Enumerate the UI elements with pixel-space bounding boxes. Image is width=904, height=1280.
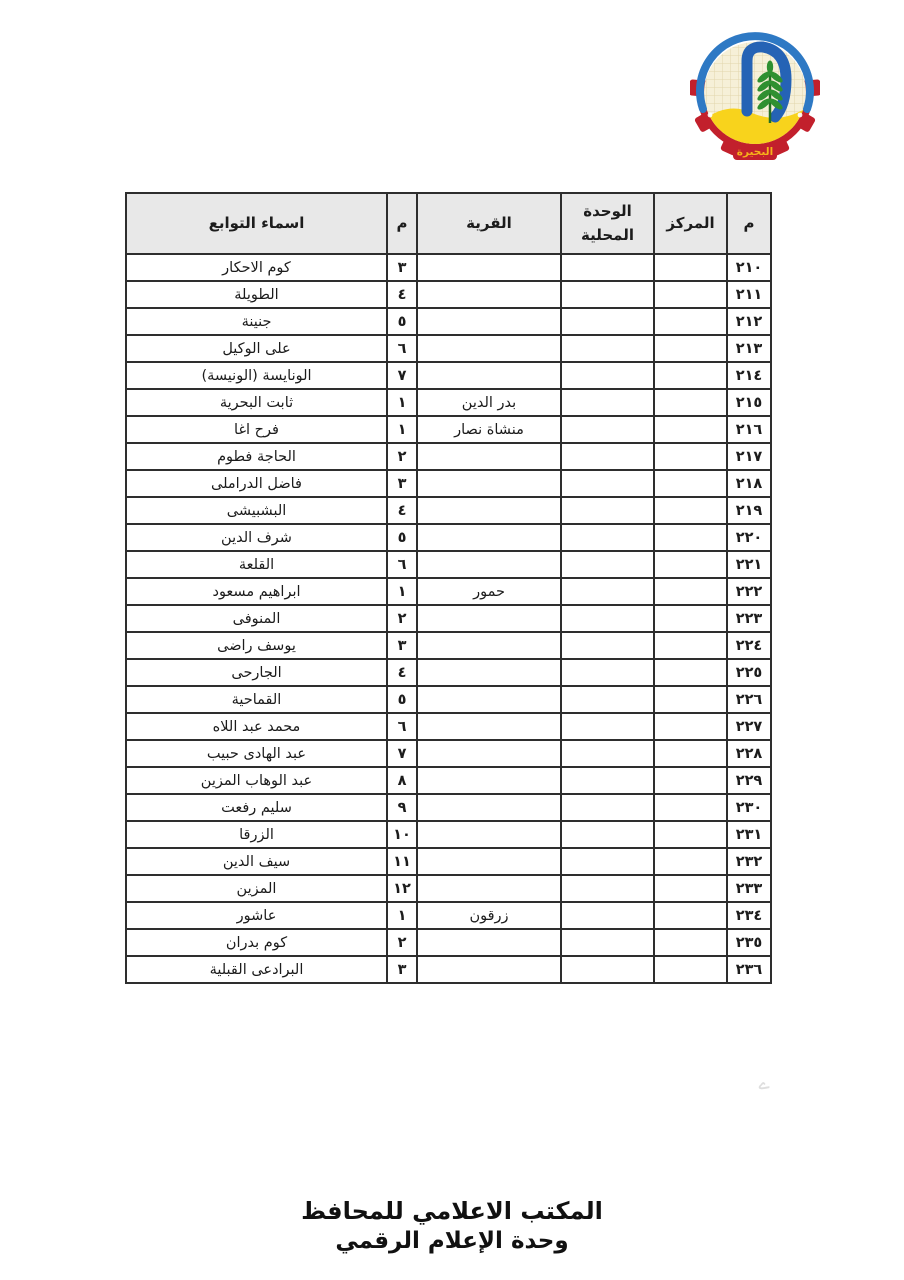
cell-sub: ٨ (387, 767, 417, 794)
cell-sub: ١ (387, 578, 417, 605)
cell-serial: ٢١٢ (727, 308, 771, 335)
cell-serial: ٢٢١ (727, 551, 771, 578)
table-row: ٢٢٣٢المنوفى (126, 605, 771, 632)
cell-name: الطويلة (126, 281, 387, 308)
cell-wahda (561, 632, 654, 659)
cell-sub: ١ (387, 416, 417, 443)
cell-markaz (654, 794, 727, 821)
cell-sub: ٤ (387, 281, 417, 308)
cell-qarya (417, 794, 561, 821)
cell-wahda (561, 740, 654, 767)
cell-serial: ٢١٩ (727, 497, 771, 524)
cell-qarya (417, 767, 561, 794)
cell-qarya (417, 632, 561, 659)
cell-wahda (561, 335, 654, 362)
cell-serial: ٢٢٠ (727, 524, 771, 551)
beheira-governorate-logo-icon: البحيرة (690, 31, 820, 165)
cell-wahda (561, 875, 654, 902)
cell-name: عبد الهادى حبيب (126, 740, 387, 767)
cell-sub: ٣ (387, 470, 417, 497)
cell-sub: ٦ (387, 551, 417, 578)
cell-qarya (417, 956, 561, 983)
cell-sub: ٤ (387, 497, 417, 524)
cell-sub: ٧ (387, 362, 417, 389)
cell-markaz (654, 605, 727, 632)
cell-serial: ٢١٥ (727, 389, 771, 416)
table-row: ٢٣٦٣البرادعى القبلية (126, 956, 771, 983)
cell-name: فرح اغا (126, 416, 387, 443)
cell-markaz (654, 254, 727, 281)
cell-qarya (417, 740, 561, 767)
header-qarya: القرية (417, 193, 561, 254)
cell-wahda (561, 794, 654, 821)
cell-name: ابراهيم مسعود (126, 578, 387, 605)
footer-line-2: وحدة الإعلام الرقمي (0, 1227, 904, 1257)
cell-sub: ٦ (387, 713, 417, 740)
cell-markaz (654, 551, 727, 578)
cell-qarya (417, 821, 561, 848)
cell-sub: ١٠ (387, 821, 417, 848)
cell-markaz (654, 902, 727, 929)
footer-line-1: المكتب الاعلامي للمحافظ (0, 1196, 904, 1227)
cell-serial: ٢٢٦ (727, 686, 771, 713)
cell-serial: ٢٣٢ (727, 848, 771, 875)
cell-name: الحاجة فطوم (126, 443, 387, 470)
cell-wahda (561, 578, 654, 605)
table-row: ٢١٧٢الحاجة فطوم (126, 443, 771, 470)
cell-name: يوسف راضى (126, 632, 387, 659)
cell-serial: ٢١٧ (727, 443, 771, 470)
cell-markaz (654, 362, 727, 389)
cell-markaz (654, 443, 727, 470)
header-sub: م (387, 193, 417, 254)
cell-wahda (561, 497, 654, 524)
cell-sub: ١١ (387, 848, 417, 875)
cell-sub: ٣ (387, 254, 417, 281)
villages-table: م المركز الوحدة المحلية القرية م اسماء ا… (125, 192, 772, 984)
cell-serial: ٢٣٤ (727, 902, 771, 929)
cell-qarya (417, 551, 561, 578)
cell-sub: ٥ (387, 308, 417, 335)
cell-name: سيف الدين (126, 848, 387, 875)
table-row: ٢١٠٣كوم الاحكار (126, 254, 771, 281)
cell-name: البرادعى القبلية (126, 956, 387, 983)
table-row: ٢١٨٣فاضل الدراملى (126, 470, 771, 497)
cell-sub: ١ (387, 389, 417, 416)
cell-sub: ٥ (387, 524, 417, 551)
cell-markaz (654, 713, 727, 740)
cell-wahda (561, 443, 654, 470)
cell-name: عبد الوهاب المزين (126, 767, 387, 794)
cell-wahda (561, 659, 654, 686)
cell-markaz (654, 875, 727, 902)
document-page: البحيرة م المركز الوحدة المحلية القرية م… (0, 0, 904, 1280)
table-row: ٢٣٣١٢المزين (126, 875, 771, 902)
cell-qarya (417, 362, 561, 389)
cell-qarya: حمور (417, 578, 561, 605)
table-row: ٢٢٤٣يوسف راضى (126, 632, 771, 659)
cell-qarya (417, 659, 561, 686)
table-row: ٢٢٧٦محمد عبد اللاه (126, 713, 771, 740)
table-row: ٢٣٢١١سيف الدين (126, 848, 771, 875)
table-row: ٢٢١٦القلعة (126, 551, 771, 578)
table-row: ٢١٤٧الونايسة (الونيسة) (126, 362, 771, 389)
footer: المكتب الاعلامي للمحافظ وحدة الإعلام الر… (0, 1196, 904, 1257)
cell-wahda (561, 389, 654, 416)
cell-markaz (654, 848, 727, 875)
cell-serial: ٢٢٩ (727, 767, 771, 794)
cell-qarya (417, 281, 561, 308)
cell-serial: ٢١٦ (727, 416, 771, 443)
cell-markaz (654, 470, 727, 497)
cell-wahda (561, 605, 654, 632)
cell-sub: ٢ (387, 605, 417, 632)
cell-wahda (561, 956, 654, 983)
cell-name: الجارحى (126, 659, 387, 686)
table-row: ٢٢٩٨عبد الوهاب المزين (126, 767, 771, 794)
cell-sub: ١ (387, 902, 417, 929)
cell-qarya (417, 470, 561, 497)
header-markaz: المركز (654, 193, 727, 254)
cell-sub: ٥ (387, 686, 417, 713)
cell-qarya (417, 497, 561, 524)
table-row: ٢٢٨٧عبد الهادى حبيب (126, 740, 771, 767)
cell-name: عاشور (126, 902, 387, 929)
cell-sub: ٧ (387, 740, 417, 767)
cell-wahda (561, 551, 654, 578)
cell-sub: ٤ (387, 659, 417, 686)
cell-serial: ٢٣٣ (727, 875, 771, 902)
cell-serial: ٢٢٥ (727, 659, 771, 686)
cell-wahda (561, 713, 654, 740)
villages-table-wrap: م المركز الوحدة المحلية القرية م اسماء ا… (127, 192, 772, 984)
cell-name: الزرقا (126, 821, 387, 848)
cell-wahda (561, 308, 654, 335)
cell-wahda (561, 362, 654, 389)
cell-markaz (654, 632, 727, 659)
cell-name: على الوكيل (126, 335, 387, 362)
cell-sub: ٢ (387, 929, 417, 956)
table-row: ٢٣٠٩سليم رفعت (126, 794, 771, 821)
cell-markaz (654, 929, 727, 956)
table-row: ٢٣١١٠الزرقا (126, 821, 771, 848)
cell-qarya: زرقون (417, 902, 561, 929)
cell-sub: ١٢ (387, 875, 417, 902)
cell-wahda (561, 524, 654, 551)
cell-serial: ٢١٠ (727, 254, 771, 281)
cell-serial: ٢١٨ (727, 470, 771, 497)
table-row: ٢٢٠٥شرف الدين (126, 524, 771, 551)
cell-name: كوم بدران (126, 929, 387, 956)
cell-qarya: منشاة نصار (417, 416, 561, 443)
cell-markaz (654, 389, 727, 416)
table-row: ٢١٥بدر الدين١ثابت البحرية (126, 389, 771, 416)
header-wahda: الوحدة المحلية (561, 193, 654, 254)
cell-name: محمد عبد اللاه (126, 713, 387, 740)
cell-sub: ٢ (387, 443, 417, 470)
cell-serial: ٢٣٥ (727, 929, 771, 956)
table-row: ٢٣٥٢كوم بدران (126, 929, 771, 956)
cell-sub: ٩ (387, 794, 417, 821)
cell-qarya (417, 524, 561, 551)
cell-markaz (654, 767, 727, 794)
cell-markaz (654, 686, 727, 713)
cell-serial: ٢٣١ (727, 821, 771, 848)
table-body: ٢١٠٣كوم الاحكار٢١١٤الطويلة٢١٢٥جنينة٢١٣٦ع… (126, 254, 771, 983)
cell-markaz (654, 578, 727, 605)
cell-serial: ٢١١ (727, 281, 771, 308)
cell-markaz (654, 659, 727, 686)
cell-wahda (561, 902, 654, 929)
cell-serial: ٢١٤ (727, 362, 771, 389)
cell-markaz (654, 335, 727, 362)
cell-name: سليم رفعت (126, 794, 387, 821)
cell-qarya (417, 686, 561, 713)
cell-name: جنينة (126, 308, 387, 335)
cell-markaz (654, 524, 727, 551)
cell-markaz (654, 740, 727, 767)
cell-name: الونايسة (الونيسة) (126, 362, 387, 389)
cell-serial: ٢٢٣ (727, 605, 771, 632)
table-row: ٢٣٤زرقون١عاشور (126, 902, 771, 929)
cell-serial: ٢٣٦ (727, 956, 771, 983)
cell-wahda (561, 821, 654, 848)
cell-wahda (561, 416, 654, 443)
cell-sub: ٣ (387, 632, 417, 659)
logo-label: البحيرة (737, 146, 773, 158)
cell-name: القلعة (126, 551, 387, 578)
cell-qarya (417, 254, 561, 281)
cell-qarya (417, 605, 561, 632)
cell-name: القماحية (126, 686, 387, 713)
cell-qarya (417, 848, 561, 875)
cell-wahda (561, 254, 654, 281)
cell-qarya (417, 875, 561, 902)
header-serial: م (727, 193, 771, 254)
table-row: ٢١١٤الطويلة (126, 281, 771, 308)
cell-markaz (654, 956, 727, 983)
table-row: ٢٢٥٤الجارحى (126, 659, 771, 686)
cell-wahda (561, 686, 654, 713)
cell-serial: ٢٢٧ (727, 713, 771, 740)
cell-wahda (561, 848, 654, 875)
scan-artifact-mark: ے (757, 1071, 771, 1094)
cell-serial: ٢٢٨ (727, 740, 771, 767)
cell-sub: ٣ (387, 956, 417, 983)
header-row: م المركز الوحدة المحلية القرية م اسماء ا… (126, 193, 771, 254)
cell-name: كوم الاحكار (126, 254, 387, 281)
cell-markaz (654, 416, 727, 443)
cell-serial: ٢١٣ (727, 335, 771, 362)
cell-qarya (417, 335, 561, 362)
cell-name: فاضل الدراملى (126, 470, 387, 497)
header-names: اسماء التوابع (126, 193, 387, 254)
cell-markaz (654, 821, 727, 848)
cell-serial: ٢٢٢ (727, 578, 771, 605)
cell-sub: ٦ (387, 335, 417, 362)
table-header: م المركز الوحدة المحلية القرية م اسماء ا… (126, 193, 771, 254)
cell-name: المنوفى (126, 605, 387, 632)
table-row: ٢٢٢حمور١ابراهيم مسعود (126, 578, 771, 605)
cell-qarya: بدر الدين (417, 389, 561, 416)
cell-markaz (654, 308, 727, 335)
cell-name: البشبيشى (126, 497, 387, 524)
table-row: ٢١٦منشاة نصار١فرح اغا (126, 416, 771, 443)
cell-qarya (417, 929, 561, 956)
table-row: ٢١٢٥جنينة (126, 308, 771, 335)
cell-name: ثابت البحرية (126, 389, 387, 416)
cell-markaz (654, 497, 727, 524)
table-row: ٢١٣٦على الوكيل (126, 335, 771, 362)
cell-qarya (417, 308, 561, 335)
cell-name: المزين (126, 875, 387, 902)
cell-wahda (561, 767, 654, 794)
cell-serial: ٢٢٤ (727, 632, 771, 659)
cell-wahda (561, 929, 654, 956)
cell-markaz (654, 281, 727, 308)
cell-qarya (417, 443, 561, 470)
cell-qarya (417, 713, 561, 740)
cell-name: شرف الدين (126, 524, 387, 551)
cell-wahda (561, 470, 654, 497)
cell-serial: ٢٣٠ (727, 794, 771, 821)
cell-wahda (561, 281, 654, 308)
table-row: ٢٢٦٥القماحية (126, 686, 771, 713)
table-row: ٢١٩٤البشبيشى (126, 497, 771, 524)
